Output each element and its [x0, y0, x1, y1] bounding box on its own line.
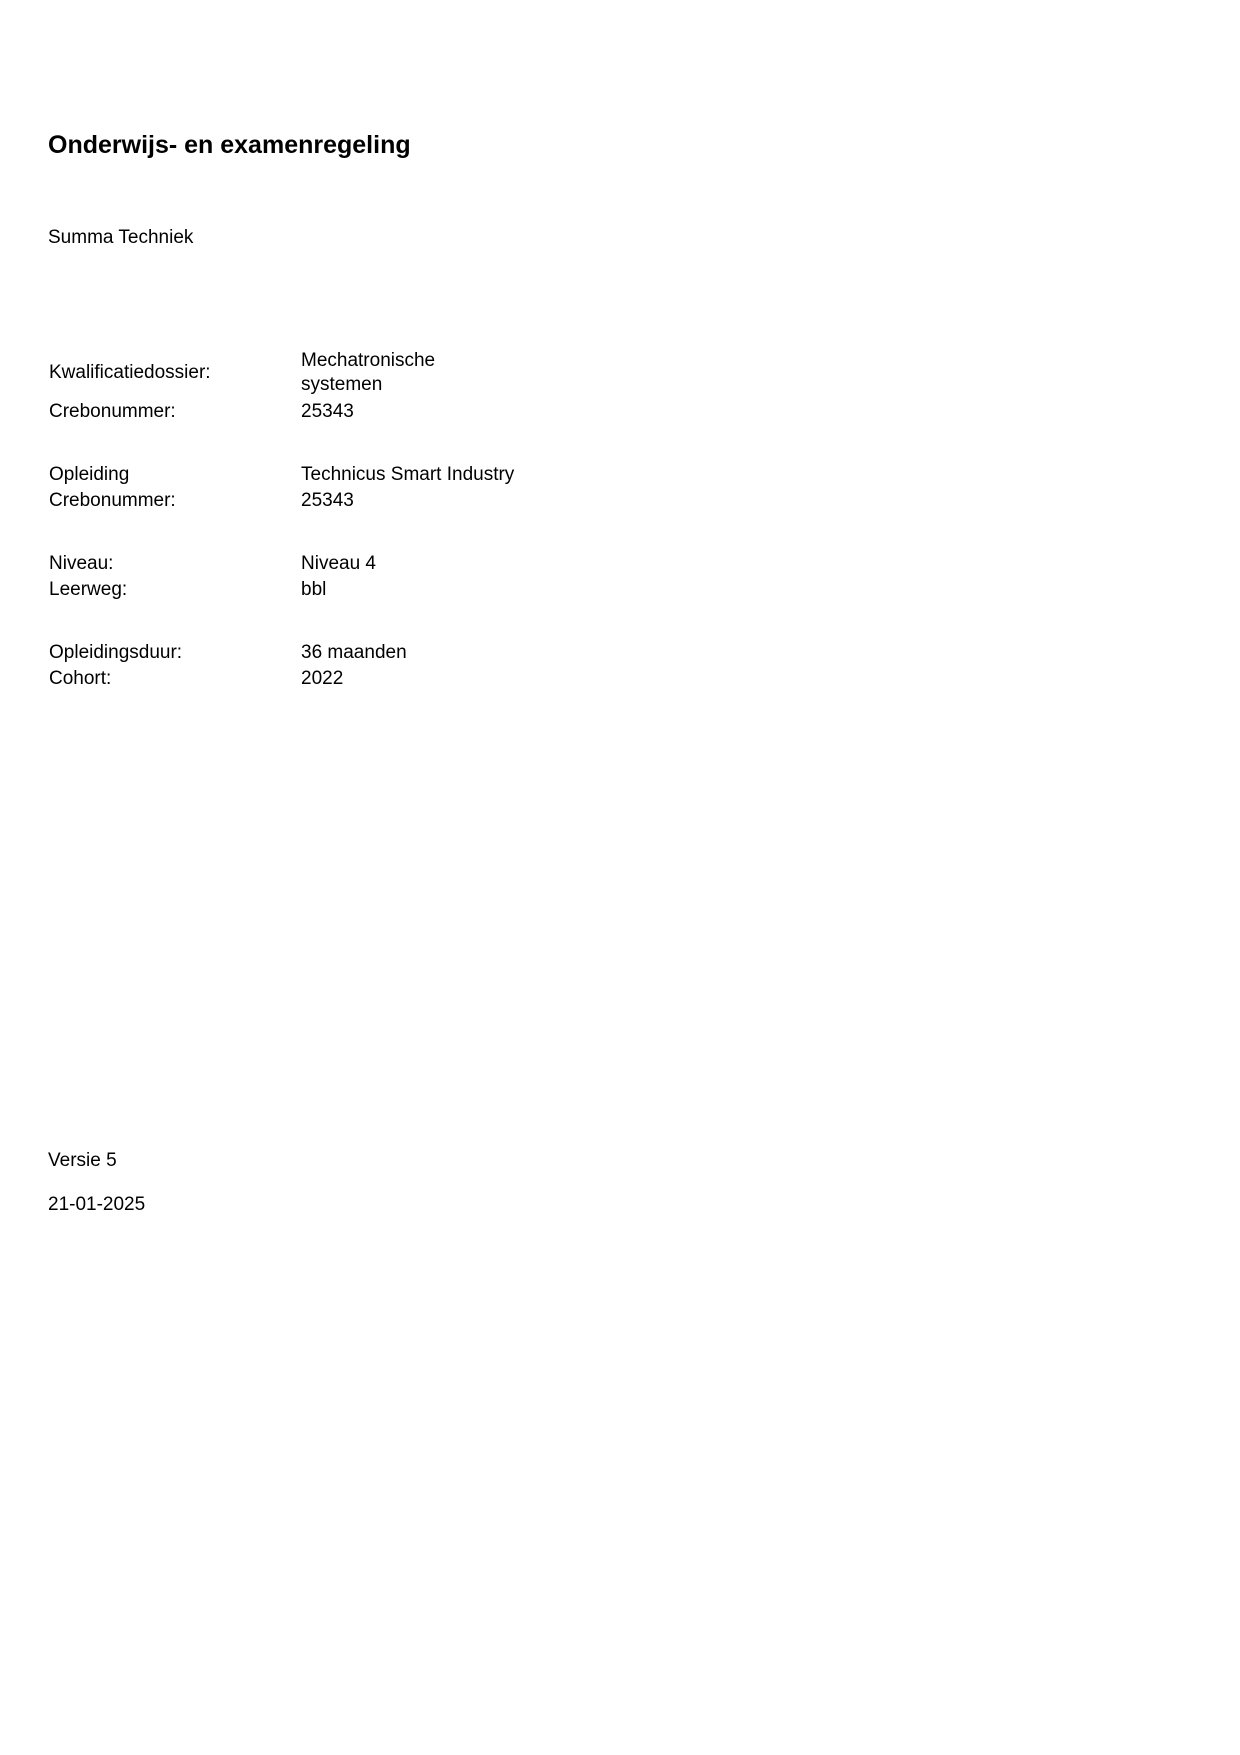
organization-name: Summa Techniek: [48, 226, 193, 250]
document-title: Onderwijs- en examenregeling: [48, 130, 411, 160]
field-value: Technicus Smart Industry: [301, 463, 514, 487]
field-value: 25343: [301, 400, 354, 424]
field-value: 36 maanden: [301, 641, 407, 665]
field-value: 2022: [301, 667, 343, 691]
field-label: Leerweg:: [49, 578, 127, 602]
field-label: Kwalificatiedossier:: [49, 361, 211, 385]
field-label: Niveau:: [49, 552, 113, 576]
field-value: bbl: [301, 578, 326, 602]
field-label: Cohort:: [49, 667, 111, 691]
field-value-line2: systemen: [301, 373, 382, 397]
document-date: 21-01-2025: [48, 1193, 145, 1217]
field-label: Crebonummer:: [49, 489, 176, 513]
document-version: Versie 5: [48, 1149, 117, 1173]
field-value-line1: Mechatronische: [301, 349, 435, 373]
field-value: Niveau 4: [301, 552, 376, 576]
field-label: Opleiding: [49, 463, 129, 487]
field-value: 25343: [301, 489, 354, 513]
field-label: Opleidingsduur:: [49, 641, 182, 665]
field-label: Crebonummer:: [49, 400, 176, 424]
